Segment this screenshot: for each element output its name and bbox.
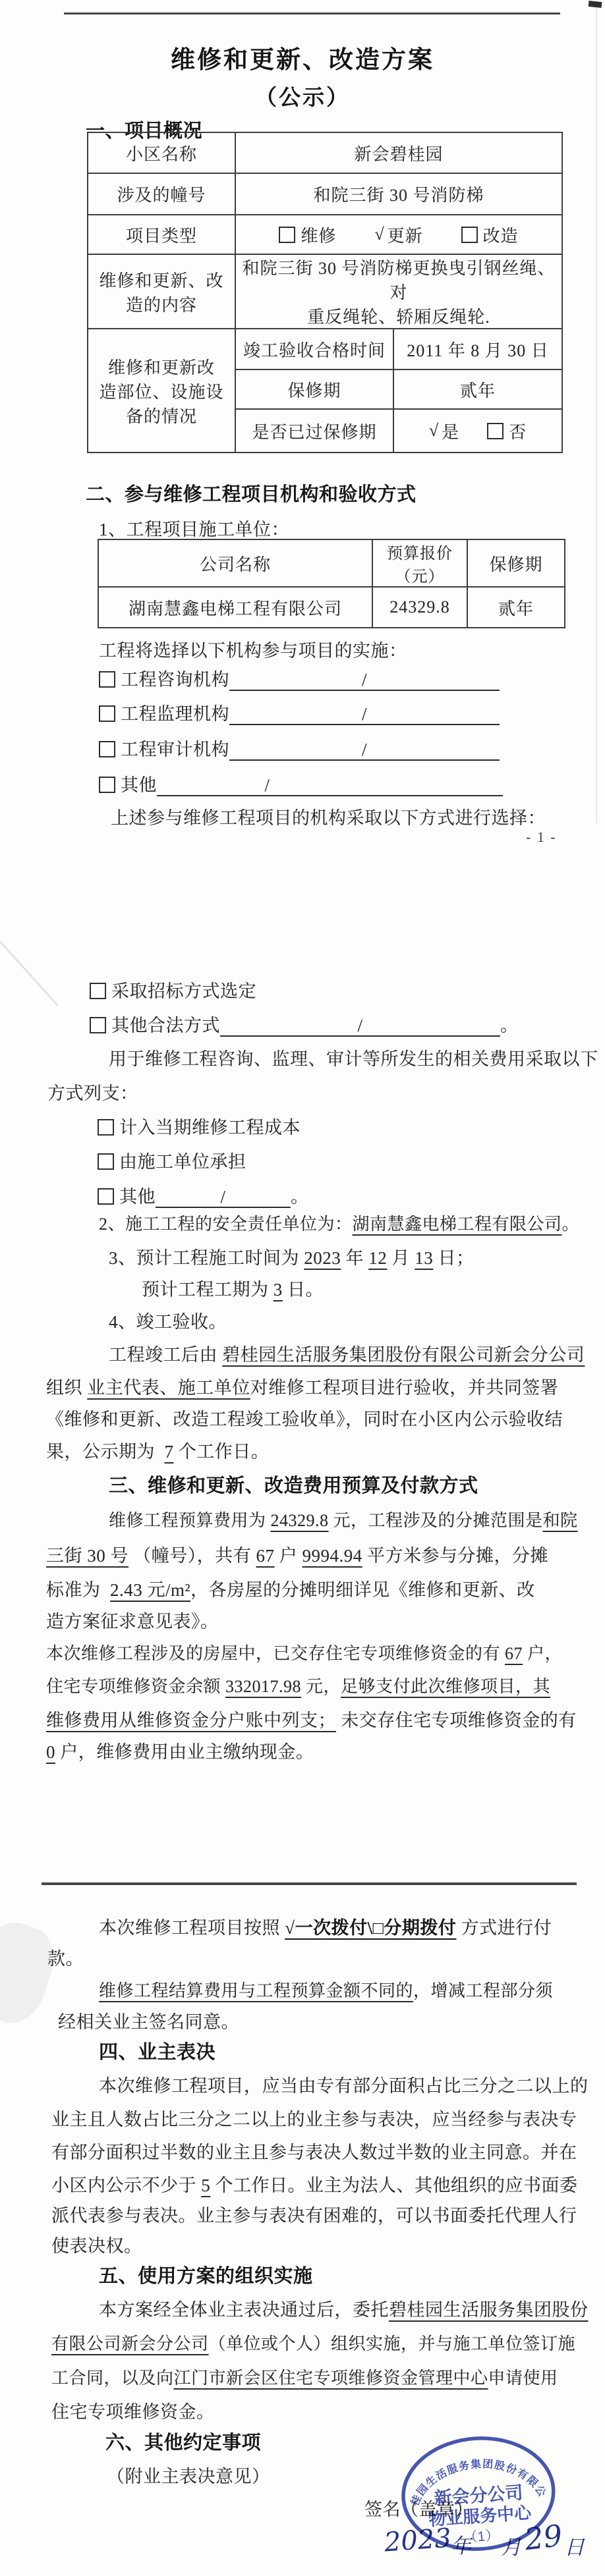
select-intro-line: 上述参与维修工程项目的机构采取以下方式进行选择： [111, 804, 546, 829]
vote-attachment-note: （附业主表决意见） [107, 2462, 270, 2488]
table-row: 湖南慧鑫电梯工程有限公司 24329.8 贰年 [98, 587, 565, 628]
payment-line-2: 款。 [47, 1944, 84, 1970]
warranty-expired-label: 是否已过保修期 [235, 409, 393, 452]
item2-safety-unit: 2、施工工程的安全责任单位为：湖南慧鑫电梯工程有限公司。 [99, 1211, 579, 1235]
page1-scan-edge [596, 0, 597, 823]
table-row: 项目类型 维修 √更新 改造 [88, 215, 562, 254]
scan-fold-artifact [0, 939, 59, 1006]
item3-schedule: 3、预计工程施工时间为 2023 年 12 月 13 日； [109, 1244, 475, 1269]
checkmark-icon: √ [429, 421, 439, 441]
implement-line-1: 本方案经全体业主表决通过后，委托碧桂园生活服务集团股份 [99, 2295, 589, 2321]
vote-line-4: 小区内公示不少于 5 个工作日。业主为法人、其他组织的应书面委 [51, 2171, 578, 2197]
option-no: 否 [487, 419, 527, 443]
checkbox-unchecked-icon [461, 227, 478, 243]
work-content-value: 和院三街 30 号消防梯更换曳引钢丝绳、对 重反绳轮、轿厢反绳轮. [235, 254, 562, 329]
section5-heading: 五、使用方案的组织实施 [99, 2261, 313, 2288]
page3-top-rule [42, 1882, 577, 1885]
checkbox-unchecked-icon [98, 1153, 114, 1170]
checkbox-unchecked-icon [99, 741, 115, 757]
scanned-document-page: 维修和更新、改造方案 （公示） 一、项目概况 小区名称 新会碧桂园 涉及的幢号 … [0, 0, 605, 2576]
checkbox-unchecked-icon [90, 983, 106, 999]
vote-line-1: 本次维修工程项目，应当由专有部分面积占比三分之二以上的 [99, 2071, 589, 2097]
item4-acceptance: 4、竣工验收。 [109, 1307, 227, 1333]
vote-line-2: 业主且人数占比三分之二以上的业主参与表决，应当经参与表决专 [51, 2105, 577, 2131]
completion-date-value: 2011 年 8 月 30 日 [393, 329, 562, 370]
table-row: 维修和更新、改 造的内容 和院三街 30 号消防梯更换曳引钢丝绳、对 重反绳轮、… [88, 254, 562, 329]
blank-line: / [220, 1016, 500, 1037]
construction-unit-table: 公司名称 预算报价 （元） 保修期 湖南慧鑫电梯工程有限公司 24329.8 贰… [98, 539, 565, 628]
blank-line: / [229, 704, 500, 725]
checkbox-line-other-legal: 其他合法方式/。 [90, 1011, 519, 1037]
checkbox-line-bidding: 采取招标方式选定 [90, 977, 256, 1002]
fee-line-2: 方式列支： [47, 1079, 138, 1105]
section3-heading: 三、维修和更新、改造费用预算及付款方式 [109, 1471, 478, 1498]
acceptance-line-2: 组织 业主代表、施工单位对维修工程项目进行验收，并共同签署 [46, 1373, 558, 1399]
implement-line-3: 工合同，以及向江门市新会区住宅专项维修资金管理中心申请使用 [51, 2365, 558, 2389]
checkbox-line-other: 其他/ [99, 771, 503, 796]
payment-line-1: 本次维修工程项目按照 √一次拨付\□分期拨付 方式进行付 [99, 1913, 552, 1939]
checkbox-unchecked-icon [99, 671, 115, 688]
community-name-label: 小区名称 [88, 132, 235, 173]
checkbox-unchecked-icon [90, 1017, 106, 1033]
table-header-row: 公司名称 预算报价 （元） 保修期 [98, 539, 565, 587]
checkbox-unchecked-icon [99, 705, 115, 722]
checkbox-line-other2: 其他/。 [98, 1182, 309, 1208]
document-title: 维修和更新、改造方案 [0, 40, 605, 75]
checkmark-icon: √ [374, 225, 384, 244]
option-renewal-checked: √更新 [374, 223, 422, 247]
blank-line: / [157, 775, 503, 796]
company-name-header: 公司名称 [98, 539, 372, 587]
table-row: 小区名称 新会碧桂园 [88, 132, 562, 173]
option-yes-checked: √是 [429, 419, 459, 443]
budget-quote-cell: 24329.8 [372, 587, 467, 628]
community-name-value: 新会碧桂园 [235, 132, 562, 173]
vote-line-5: 派代表参与表决。业主参与表决有困难的，可以书面委托代理人行 [51, 2201, 577, 2227]
facility-status-label: 维修和更新改 造部位、设施设 备的情况 [88, 329, 235, 452]
fund-line-4: 0 户，维修费用由业主缴纳现金。 [46, 1738, 314, 1763]
settlement-diff-line: 维修工程结算费用与工程预算金额不同的，增减工程部分须 [99, 1977, 553, 2002]
checkbox-unchecked-icon [98, 1119, 114, 1136]
acceptance-line-3: 《维修和更新、改造工程竣工验收单》，同时在小区内公示验收结 [46, 1405, 563, 1431]
page1-top-rule [64, 13, 560, 14]
building-no-label: 涉及的幢号 [88, 173, 235, 215]
section4-heading: 四、业主表决 [99, 2037, 216, 2064]
checkbox-unchecked-icon [279, 227, 295, 243]
page-number: - 1 - [526, 829, 557, 846]
budget-quote-header: 预算报价 （元） [372, 539, 467, 587]
item3b-duration: 预计工程工期为 3 日。 [142, 1275, 324, 1301]
checkbox-line-cost: 计入当期维修工程成本 [98, 1113, 301, 1139]
project-type-label: 项目类型 [88, 215, 235, 254]
acceptance-line-1: 工程竣工后由 碧桂园生活服务集团股份有限公司新会分公司 [109, 1340, 585, 1366]
acceptance-line-4: 果，公示期为 7 个工作日。 [46, 1437, 269, 1463]
section2-heading: 二、参与维修工程项目机构和验收方式 [86, 480, 417, 507]
work-content-label: 维修和更新、改 造的内容 [88, 254, 235, 329]
blank-line: / [229, 670, 500, 691]
building-no-value: 和院三街 30 号消防梯 [235, 173, 562, 215]
vote-line-6: 使表决权。 [51, 2232, 142, 2257]
blank-line: / [229, 740, 500, 761]
budget-line-4: 造方案征求意见表》。 [46, 1607, 219, 1633]
budget-line-2: 三街 30 号 （幢号），共有 67 户 9994.94 平方米参与分摊，分摊 [46, 1541, 548, 1567]
implement-line-2: 有限公司新会分公司（单位或个人）组织实施，并与施工单位签订施 [51, 2330, 575, 2355]
scan-shadow-artifact [0, 1915, 63, 2031]
table-row: 维修和更新改 造部位、设施设 备的情况 竣工验收合格时间 2011 年 8 月 … [88, 329, 562, 370]
option-repair: 维修 [279, 223, 336, 247]
checkbox-unchecked-icon [487, 423, 504, 439]
fund-line-3: 维修费用从维修资金分户账中列支； 未交存住宅专项维修资金的有 [46, 1706, 577, 1732]
option-renovation: 改造 [461, 223, 519, 247]
warranty-cell: 贰年 [467, 587, 565, 628]
company-name-cell: 湖南慧鑫电梯工程有限公司 [98, 587, 372, 628]
document-subtitle: （公示） [0, 80, 605, 111]
settlement-diff-line-2: 经相关业主签名同意。 [58, 2008, 239, 2033]
project-type-options: 维修 √更新 改造 [235, 215, 562, 254]
warranty-label: 保修期 [235, 370, 393, 409]
implement-line-4: 住宅专项维修资金。 [51, 2398, 215, 2423]
checkbox-line-contractor: 由施工单位承担 [98, 1147, 246, 1173]
warranty-header: 保修期 [467, 539, 565, 587]
table-row: 涉及的幢号 和院三街 30 号消防梯 [88, 173, 562, 215]
checkbox-line-consult: 工程咨询机构/ [99, 665, 500, 691]
choose-intro-line: 工程将选择以下机构参与项目的实施： [99, 636, 407, 662]
warranty-expired-value: √是 否 [393, 409, 562, 452]
checkbox-line-audit: 工程审计机构/ [99, 735, 500, 761]
checkbox-unchecked-icon [98, 1188, 114, 1205]
completion-date-label: 竣工验收合格时间 [235, 329, 393, 370]
stamp-number-text: （1） [463, 2528, 500, 2546]
warranty-value: 贰年 [393, 370, 562, 409]
project-overview-table: 小区名称 新会碧桂园 涉及的幢号 和院三街 30 号消防梯 项目类型 维修 √更… [87, 132, 563, 453]
checkbox-line-supervise: 工程监理机构/ [99, 699, 500, 725]
fund-line-2: 住宅专项维修资金余额 332017.98 元，足够支付此次维修项目，其 [46, 1673, 550, 1697]
fund-line-1: 本次维修工程涉及的房屋中，已交存住宅专项维修资金的有 67 户， [46, 1640, 562, 1664]
company-stamp-seal: 碧桂园生活服务集团股份有限公司 新会分公司 物业服务中心 （1） [388, 2419, 569, 2571]
scan-corner-mark [589, 1, 602, 8]
vote-line-3: 有部分面积过半数的业主且参与表决人数过半数的业主同意。并在 [51, 2138, 577, 2164]
budget-line-1: 维修工程预算费用为 24329.8 元，工程涉及的分摊范围是和院 [109, 1507, 578, 1531]
section6-heading: 六、其他约定事项 [105, 2428, 261, 2455]
blank-line: / [156, 1187, 291, 1208]
fee-line-1: 用于维修工程咨询、监理、审计等所发生的相关费用采取以下 [109, 1045, 598, 1070]
budget-line-3: 标准为 2.43 元/m²，各房屋的分摊明细详见《维修和更新、改 [46, 1576, 535, 1601]
item1-construction-unit: 1、工程项目施工单位： [99, 515, 289, 541]
checkbox-unchecked-icon [99, 777, 115, 793]
